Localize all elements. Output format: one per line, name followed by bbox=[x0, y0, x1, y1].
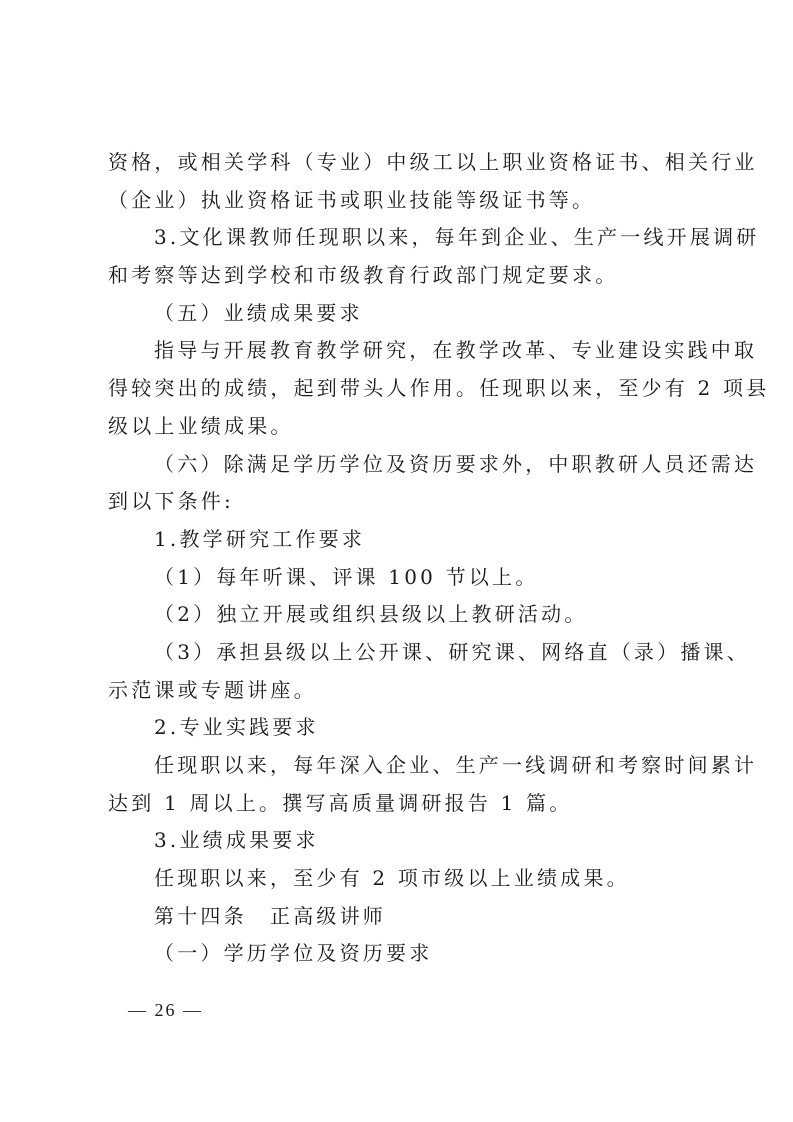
page-number: — 26 — bbox=[128, 1000, 203, 1021]
subsection-heading: 2.专业实践要求 bbox=[108, 709, 694, 747]
text-line: 任现职以来，至少有 2 项市级以上业绩成果。 bbox=[108, 860, 694, 898]
subsection-heading: 1.教学研究工作要求 bbox=[108, 521, 694, 559]
text-line: 指导与开展教育教学研究，在教学改革、专业建设实践中取 bbox=[108, 332, 694, 370]
list-item: （1）每年听课、评课 100 节以上。 bbox=[108, 559, 694, 597]
section-heading: （一）学历学位及资历要求 bbox=[108, 935, 694, 973]
list-item: （3）承担县级以上公开课、研究课、网络直（录）播课、 bbox=[108, 634, 694, 672]
subsection-heading: 3.业绩成果要求 bbox=[108, 822, 694, 860]
document-page: 资格，或相关学科（专业）中级工以上职业资格证书、相关行业 （企业）执业资格证书或… bbox=[108, 144, 694, 973]
text-line: 任现职以来，每年深入企业、生产一线调研和考察时间累计 bbox=[108, 747, 694, 785]
text-line: 和考察等达到学校和市级教育行政部门规定要求。 bbox=[108, 257, 694, 295]
section-heading: （五）业绩成果要求 bbox=[108, 295, 694, 333]
list-item: （2）独立开展或组织县级以上教研活动。 bbox=[108, 596, 694, 634]
text-line: 得较突出的成绩，起到带头人作用。任现职以来，至少有 2 项县 bbox=[108, 370, 694, 408]
text-line: 级以上业绩成果。 bbox=[108, 408, 694, 446]
text-line: （六）除满足学历学位及资历要求外，中职教研人员还需达 bbox=[108, 446, 694, 484]
text-line: 资格，或相关学科（专业）中级工以上职业资格证书、相关行业 bbox=[108, 144, 694, 182]
text-line: 示范课或专题讲座。 bbox=[108, 672, 694, 710]
text-line: 3.文化课教师任现职以来，每年到企业、生产一线开展调研 bbox=[108, 219, 694, 257]
text-line: （企业）执业资格证书或职业技能等级证书等。 bbox=[108, 182, 694, 220]
text-line: 达到 1 周以上。撰写高质量调研报告 1 篇。 bbox=[108, 785, 694, 823]
article-heading: 第十四条 正高级讲师 bbox=[108, 898, 694, 936]
text-line: 到以下条件: bbox=[108, 483, 694, 521]
